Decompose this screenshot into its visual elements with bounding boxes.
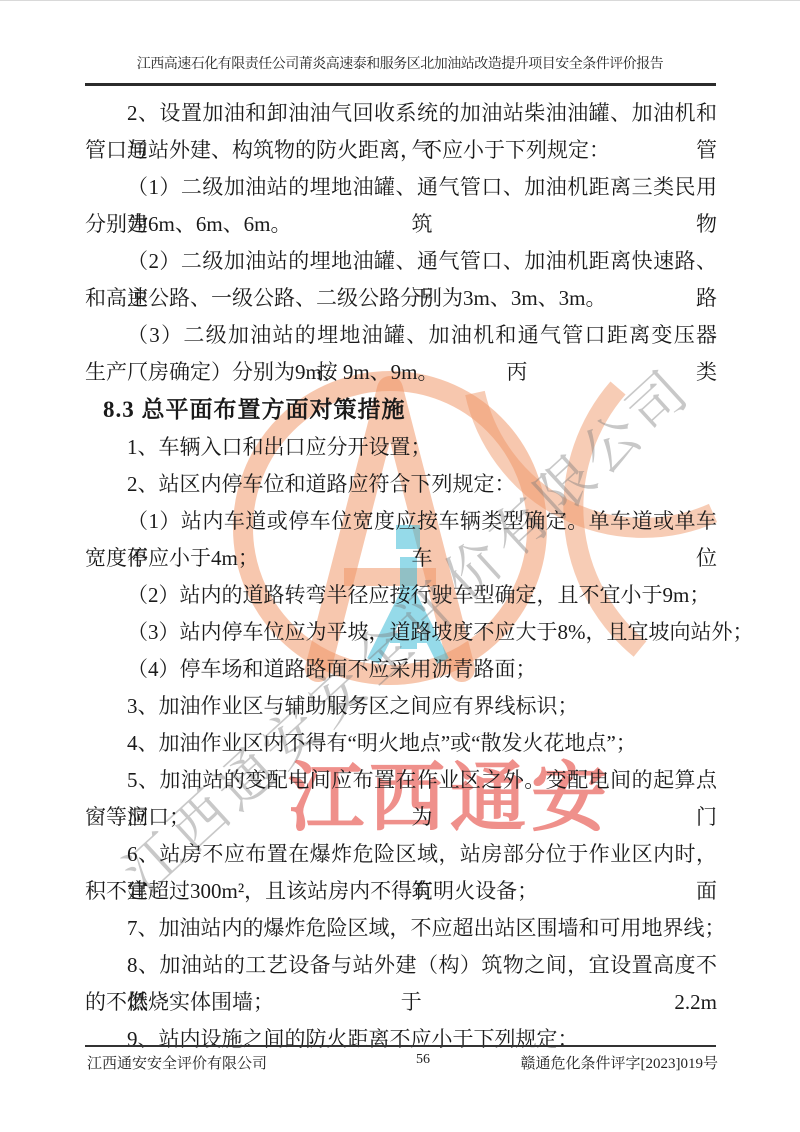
body-line: （1）二级加油站的埋地油罐、通气管口、加油机距离三类民用建筑物 (85, 169, 717, 206)
body-line: 2、设置加油和卸油油气回收系统的加油站柴油油罐、加油机和通气管 (85, 95, 717, 132)
body-line: （4）停车场和道路路面不应采用沥青路面； (85, 651, 717, 688)
footer-page-number: 56 (416, 1052, 430, 1068)
body-line: （2）二级加油站的埋地油罐、通气管口、加油机距离快速路、主干路 (85, 243, 717, 280)
body-line: 3、加油作业区与辅助服务区之间应有界线标识； (85, 688, 717, 725)
body-line: 8、加油站的工艺设备与站外建（构）筑物之间，宜设置高度不低于2.2m (85, 947, 717, 984)
body-line: 6、站房不应布置在爆炸危险区域，站房部分位于作业区内时，建筑面 (85, 836, 717, 873)
body-line: （3）二级加油站的埋地油罐、加油机和通气管口距离变压器（按丙类 (85, 317, 717, 354)
body-line: 1、车辆入口和出口应分开设置； (85, 429, 717, 466)
body-line: 4、加油作业区内不得有“明火地点”或“散发火花地点”； (85, 725, 717, 762)
body-line: （3）站内停车位应为平坡，道路坡度不应大于8%，且宜坡向站外； (85, 614, 717, 651)
body-content: 2、设置加油和卸油油气回收系统的加油站柴油油罐、加油机和通气管 管口与站外建、构… (85, 95, 717, 1058)
section-heading: 8.3 总平面布置方面对策措施 (85, 391, 717, 429)
footer-doc-number: 赣通危化条件评字[2023]019号 (521, 1052, 719, 1073)
body-line: 2、站区内停车位和道路应符合下列规定： (85, 466, 717, 503)
footer-company: 江西通安安全评价有限公司 (87, 1052, 267, 1073)
body-line: 5、加油站的变配电间应布置在作业区之外。变配电间的起算点应为门 (85, 762, 717, 799)
body-line: （1）站内车道或停车位宽度应按车辆类型确定。单车道或单车停车位 (85, 503, 717, 540)
body-line: 7、加油站内的爆炸危险区域，不应超出站区围墙和可用地界线； (85, 910, 717, 947)
footer-rule (85, 1045, 716, 1047)
document-page: 江西通安安全评价有限公司 江西通安 江西高速石化有限责任公司莆炎高速泰和服务区北… (0, 0, 800, 1132)
body-line: （2）站内的道路转弯半径应按行驶车型确定，且不宜小于9m； (85, 577, 717, 614)
